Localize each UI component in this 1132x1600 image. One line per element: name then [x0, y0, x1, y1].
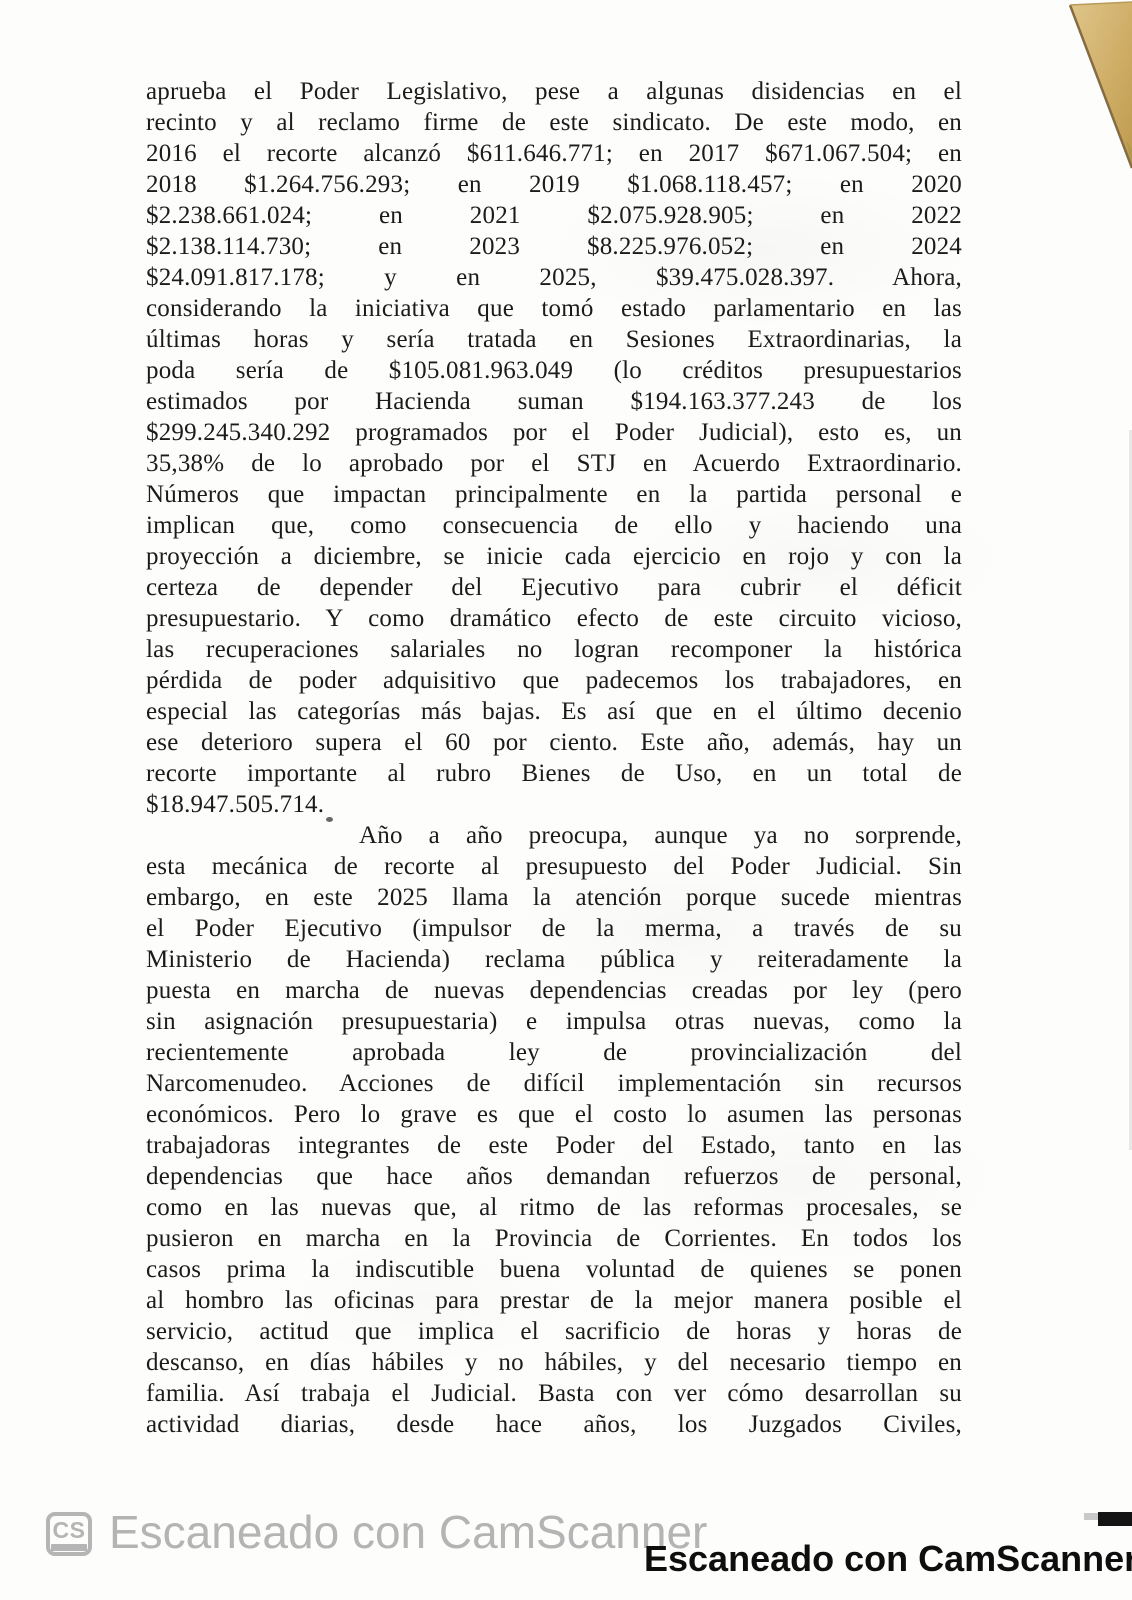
ink-speck	[326, 817, 333, 822]
text-line: descanso, en días hábiles y no hábiles, …	[146, 1347, 962, 1378]
text-line: dependencias que hace años demandan refu…	[146, 1161, 962, 1192]
text-line: ese deterioro supera el 60 por ciento. E…	[146, 727, 962, 758]
text-line: al hombro las oficinas para prestar de l…	[146, 1285, 962, 1316]
text-line: Números que impactan principalmente en l…	[146, 479, 962, 510]
text-line: casos prima la indiscutible buena volunt…	[146, 1254, 962, 1285]
text-line: aprueba el Poder Legislativo, pese a alg…	[146, 76, 962, 107]
text-line: Narcomenudeo. Acciones de difícil implem…	[146, 1068, 962, 1099]
page-curl-artifact	[1066, 0, 1132, 172]
camscanner-watermark-text-black: Escaneado con CamScanner	[644, 1540, 1132, 1578]
text-line: pusieron en marcha en la Provincia de Co…	[146, 1223, 962, 1254]
text-line: embargo, en este 2025 llama la atención …	[146, 882, 962, 913]
scan-artifact-notch	[1084, 1513, 1098, 1520]
text-line: especial las categorías más bajas. Es as…	[146, 696, 962, 727]
text-line: 35,38% de lo aprobado por el STJ en Acue…	[146, 448, 962, 479]
scanned-document-page: aprueba el Poder Legislativo, pese a alg…	[0, 0, 1132, 1600]
camscanner-logo-bar	[51, 1544, 87, 1551]
camscanner-watermark-text-gray: Escaneado con CamScanner	[109, 1506, 707, 1558]
text-line: 2018 $1.264.756.293; en 2019 $1.068.118.…	[146, 169, 962, 200]
camscanner-watermark-gray: CS Escaneado con CamScanner	[46, 1506, 707, 1558]
text-line: Ministerio de Hacienda) reclama pública …	[146, 944, 962, 975]
camscanner-logo-text: CS	[50, 1517, 88, 1543]
text-line: servicio, actitud que implica el sacrifi…	[146, 1316, 962, 1347]
text-line: recientemente aprobada ley de provincial…	[146, 1037, 962, 1068]
text-line: $2.238.661.024; en 2021 $2.075.928.905; …	[146, 200, 962, 231]
text-line: 2016 el recorte alcanzó $611.646.771; en…	[146, 138, 962, 169]
scan-artifact-bar	[1098, 1512, 1132, 1526]
text-line: proyección a diciembre, se inicie cada e…	[146, 541, 962, 572]
text-line: las recuperaciones salariales no logran …	[146, 634, 962, 665]
text-line: esta mecánica de recorte al presupuesto …	[146, 851, 962, 882]
text-line: el Poder Ejecutivo (impulsor de la merma…	[146, 913, 962, 944]
camscanner-logo-icon: CS	[46, 1512, 92, 1556]
text-line: sin asignación presupuestaria) e impulsa…	[146, 1006, 962, 1037]
text-line: como en las nuevas que, al ritmo de las …	[146, 1192, 962, 1223]
text-line: últimas horas y sería tratada en Sesione…	[146, 324, 962, 355]
text-line: $299.245.340.292 programados por el Pode…	[146, 417, 962, 448]
text-line: certeza de depender del Ejecutivo para c…	[146, 572, 962, 603]
text-line: Año a año preocupa, aunque ya no sorpren…	[146, 820, 962, 851]
text-line: implican que, como consecuencia de ello …	[146, 510, 962, 541]
text-line: actividad diarias, desde hace años, los …	[146, 1409, 962, 1440]
text-line: puesta en marcha de nuevas dependencias …	[146, 975, 962, 1006]
text-line: considerando la iniciativa que tomó esta…	[146, 293, 962, 324]
text-line: poda sería de $105.081.963.049 (lo crédi…	[146, 355, 962, 386]
text-line: recinto y al reclamo firme de este sindi…	[146, 107, 962, 138]
text-line: $2.138.114.730; en 2023 $8.225.976.052; …	[146, 231, 962, 262]
screenshot-root: { "page": { "paper_color": "#fdfdfc", "t…	[0, 0, 1132, 1600]
text-line: presupuestario. Y como dramático efecto …	[146, 603, 962, 634]
text-line: familia. Así trabaja el Judicial. Basta …	[146, 1378, 962, 1409]
text-line: trabajadoras integrantes de este Poder d…	[146, 1130, 962, 1161]
text-line: $24.091.817.178; y en 2025, $39.475.028.…	[146, 262, 962, 293]
document-body: aprueba el Poder Legislativo, pese a alg…	[146, 76, 962, 1440]
text-line: recorte importante al rubro Bienes de Us…	[146, 758, 962, 789]
text-line: $18.947.505.714.	[146, 789, 962, 820]
text-line: estimados por Hacienda suman $194.163.37…	[146, 386, 962, 417]
text-line: económicos. Pero lo grave es que el cost…	[146, 1099, 962, 1130]
text-line: pérdida de poder adquisitivo que padecem…	[146, 665, 962, 696]
